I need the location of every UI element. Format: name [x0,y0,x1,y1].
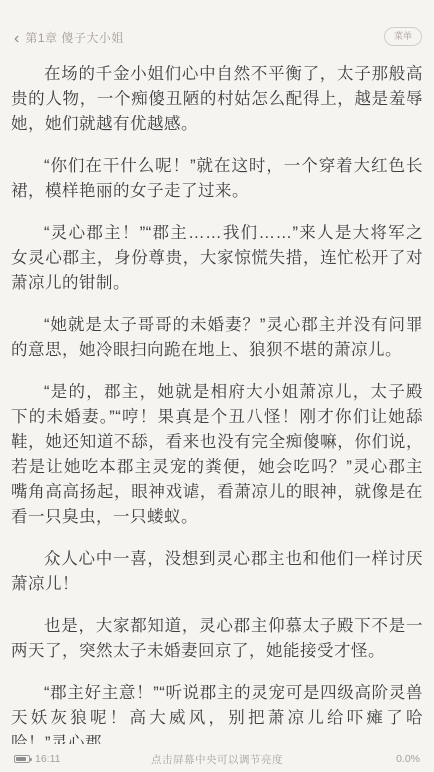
paragraph: “你们在干什么呢！”就在这时，一个穿着大红色长裙，模样艳丽的女子走了过来。 [11,154,423,204]
paragraph: “灵心郡主！”“郡主……我们……”来人是大将军之女灵心郡主，身份尊贵，大家惊慌失… [11,221,423,296]
reader-header: ‹ 第1章 傻子大小姐 菜单 [0,0,434,52]
reading-progress: 0.0% [350,753,420,765]
paragraph: “她就是太子哥哥的未婚妻？”灵心郡主并没有问罪的意思，她冷眼扫向跪在地上、狼狈不… [11,313,423,363]
paragraph: “郡主好主意！”“听说郡主的灵宠可是四级高阶灵兽天妖灰狼呢！高大威风，别把萧凉儿… [11,681,423,744]
clock: 16:11 [35,753,61,765]
chapter-text[interactable]: 在场的千金小姐们心中自然不平衡了，太子那般高贵的人物，一个痴傻丑陋的村姑怎么配得… [0,52,434,744]
paragraph: 众人心中一喜，没想到灵心郡主也和他们一样讨厌萧凉儿！ [11,547,423,597]
chapter-title: 第1章 傻子大小姐 [25,29,384,46]
paragraph: 也是，大家都知道，灵心郡主仰慕太子殿下不是一两天了，突然太子未婚妻回京了，她能接… [11,614,423,664]
footer-left: 16:11 [14,753,84,765]
back-button[interactable]: ‹ [14,32,25,46]
paragraph: 在场的千金小姐们心中自然不平衡了，太子那般高贵的人物，一个痴傻丑陋的村姑怎么配得… [11,62,423,137]
paragraph: “是的，郡主，她就是相府大小姐萧凉儿，太子殿下的未婚妻。”“哼！果真是个丑八怪！… [11,380,423,530]
brightness-hint: 点击屏幕中央可以调节亮度 [84,752,350,767]
reader-status-bar: 16:11 点击屏幕中央可以调节亮度 0.0% [0,746,434,772]
battery-icon [14,755,30,763]
menu-button[interactable]: 菜单 [384,27,422,46]
